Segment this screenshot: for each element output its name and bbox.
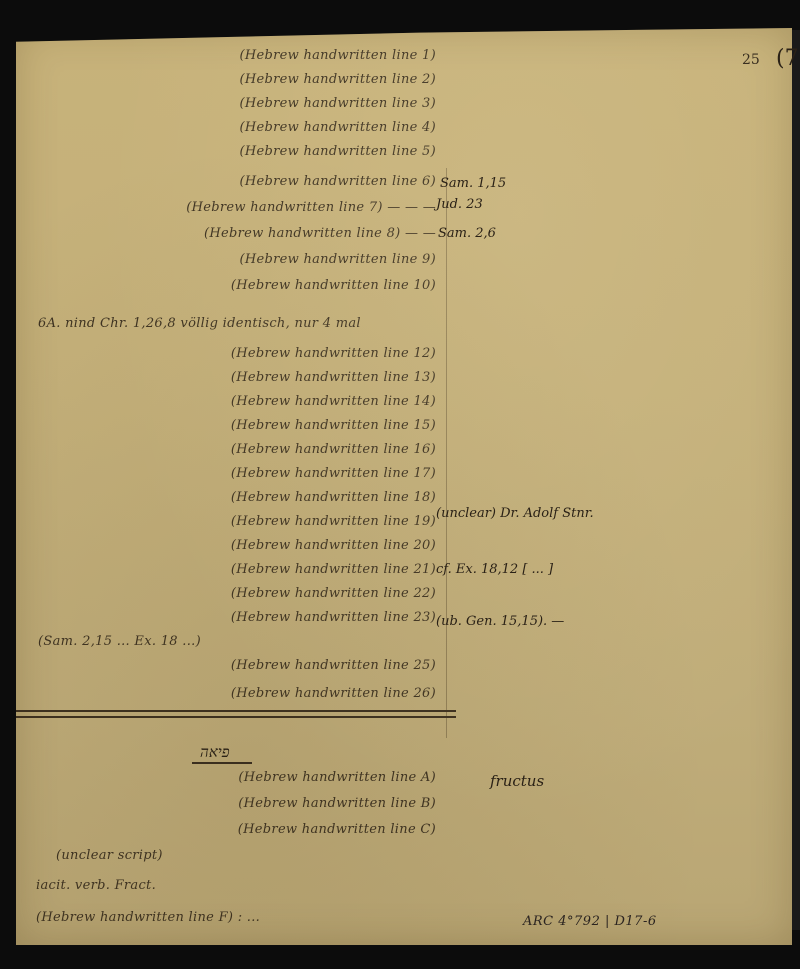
section-divider-bottom (16, 716, 456, 718)
lower-line: (Hebrew handwritten line F) : ... (36, 910, 260, 925)
body-line-latin: 6A. nind Chr. 1,26,8 völlig identisch, n… (38, 316, 361, 331)
body-line: (Hebrew handwritten line 17) (36, 466, 436, 481)
body-line: — — — (Hebrew handwritten line 7) (36, 200, 436, 215)
page-number: 25 (742, 52, 760, 68)
margin-note: fructus (490, 772, 544, 790)
lower-line: (Hebrew handwritten line B) (36, 796, 436, 811)
body-line: (Hebrew handwritten line 18) (36, 490, 436, 505)
body-line: (Hebrew handwritten line 20) (36, 538, 436, 553)
body-line: (Hebrew handwritten line 22) (36, 586, 436, 601)
body-line: — — (Hebrew handwritten line 8) (36, 226, 436, 241)
body-line: (Hebrew handwritten line 26) (36, 686, 436, 701)
body-line: (Hebrew handwritten line 25) (36, 658, 436, 673)
page-number-paren: (7 (776, 46, 799, 71)
lower-line: (unclear script) (56, 848, 163, 863)
body-line-ref: (Sam. 2,15 ... Ex. 18 ...) (38, 634, 201, 649)
body-line: (Hebrew handwritten line 2) (36, 72, 436, 87)
body-line: (Hebrew handwritten line 13) (36, 370, 436, 385)
margin-note: (unclear) Dr. Adolf Stnr. (436, 506, 594, 521)
margin-note: Jud. 23 (436, 197, 483, 212)
body-line: (Hebrew handwritten line 6) (36, 174, 436, 189)
page-edge-shadow (792, 30, 800, 930)
column-divider (446, 168, 447, 738)
body-line: (Hebrew handwritten line 15) (36, 418, 436, 433)
body-line: (Hebrew handwritten line 1) (36, 48, 436, 63)
body-line: (Hebrew handwritten line 10) (36, 278, 436, 293)
heading-underline (192, 762, 252, 764)
body-line: (Hebrew handwritten line 5) (36, 144, 436, 159)
shelfmark: ARC 4°792 | D17-6 (523, 914, 657, 929)
margin-note: (ub. Gen. 15,15). — (436, 614, 564, 629)
body-line: (Hebrew handwritten line 23) (36, 610, 436, 625)
body-line: (Hebrew handwritten line 4) (36, 120, 436, 135)
section-divider-top (16, 710, 456, 712)
body-line: (Hebrew handwritten line 14) (36, 394, 436, 409)
body-line: (Hebrew handwritten line 21) (36, 562, 436, 577)
manuscript-page: (Hebrew handwritten line 1) (Hebrew hand… (16, 28, 792, 945)
body-line: (Hebrew handwritten line 16) (36, 442, 436, 457)
margin-note: Sam. 2,6 (438, 226, 496, 241)
lower-line: (Hebrew handwritten line A) (36, 770, 436, 785)
margin-note: cf. Ex. 18,12 [ ... ] (436, 562, 553, 577)
body-line: (Hebrew handwritten line 12) (36, 346, 436, 361)
section-heading: פיאה (200, 743, 230, 762)
body-line: (Hebrew handwritten line 9) (36, 252, 436, 267)
lower-line: (Hebrew handwritten line C) (36, 822, 436, 837)
margin-note: Sam. 1,15 (440, 176, 506, 191)
body-line: (Hebrew handwritten line 19) (36, 514, 436, 529)
body-line: (Hebrew handwritten line 3) (36, 96, 436, 111)
lower-line: iacit. verb. Fract. (36, 878, 156, 893)
